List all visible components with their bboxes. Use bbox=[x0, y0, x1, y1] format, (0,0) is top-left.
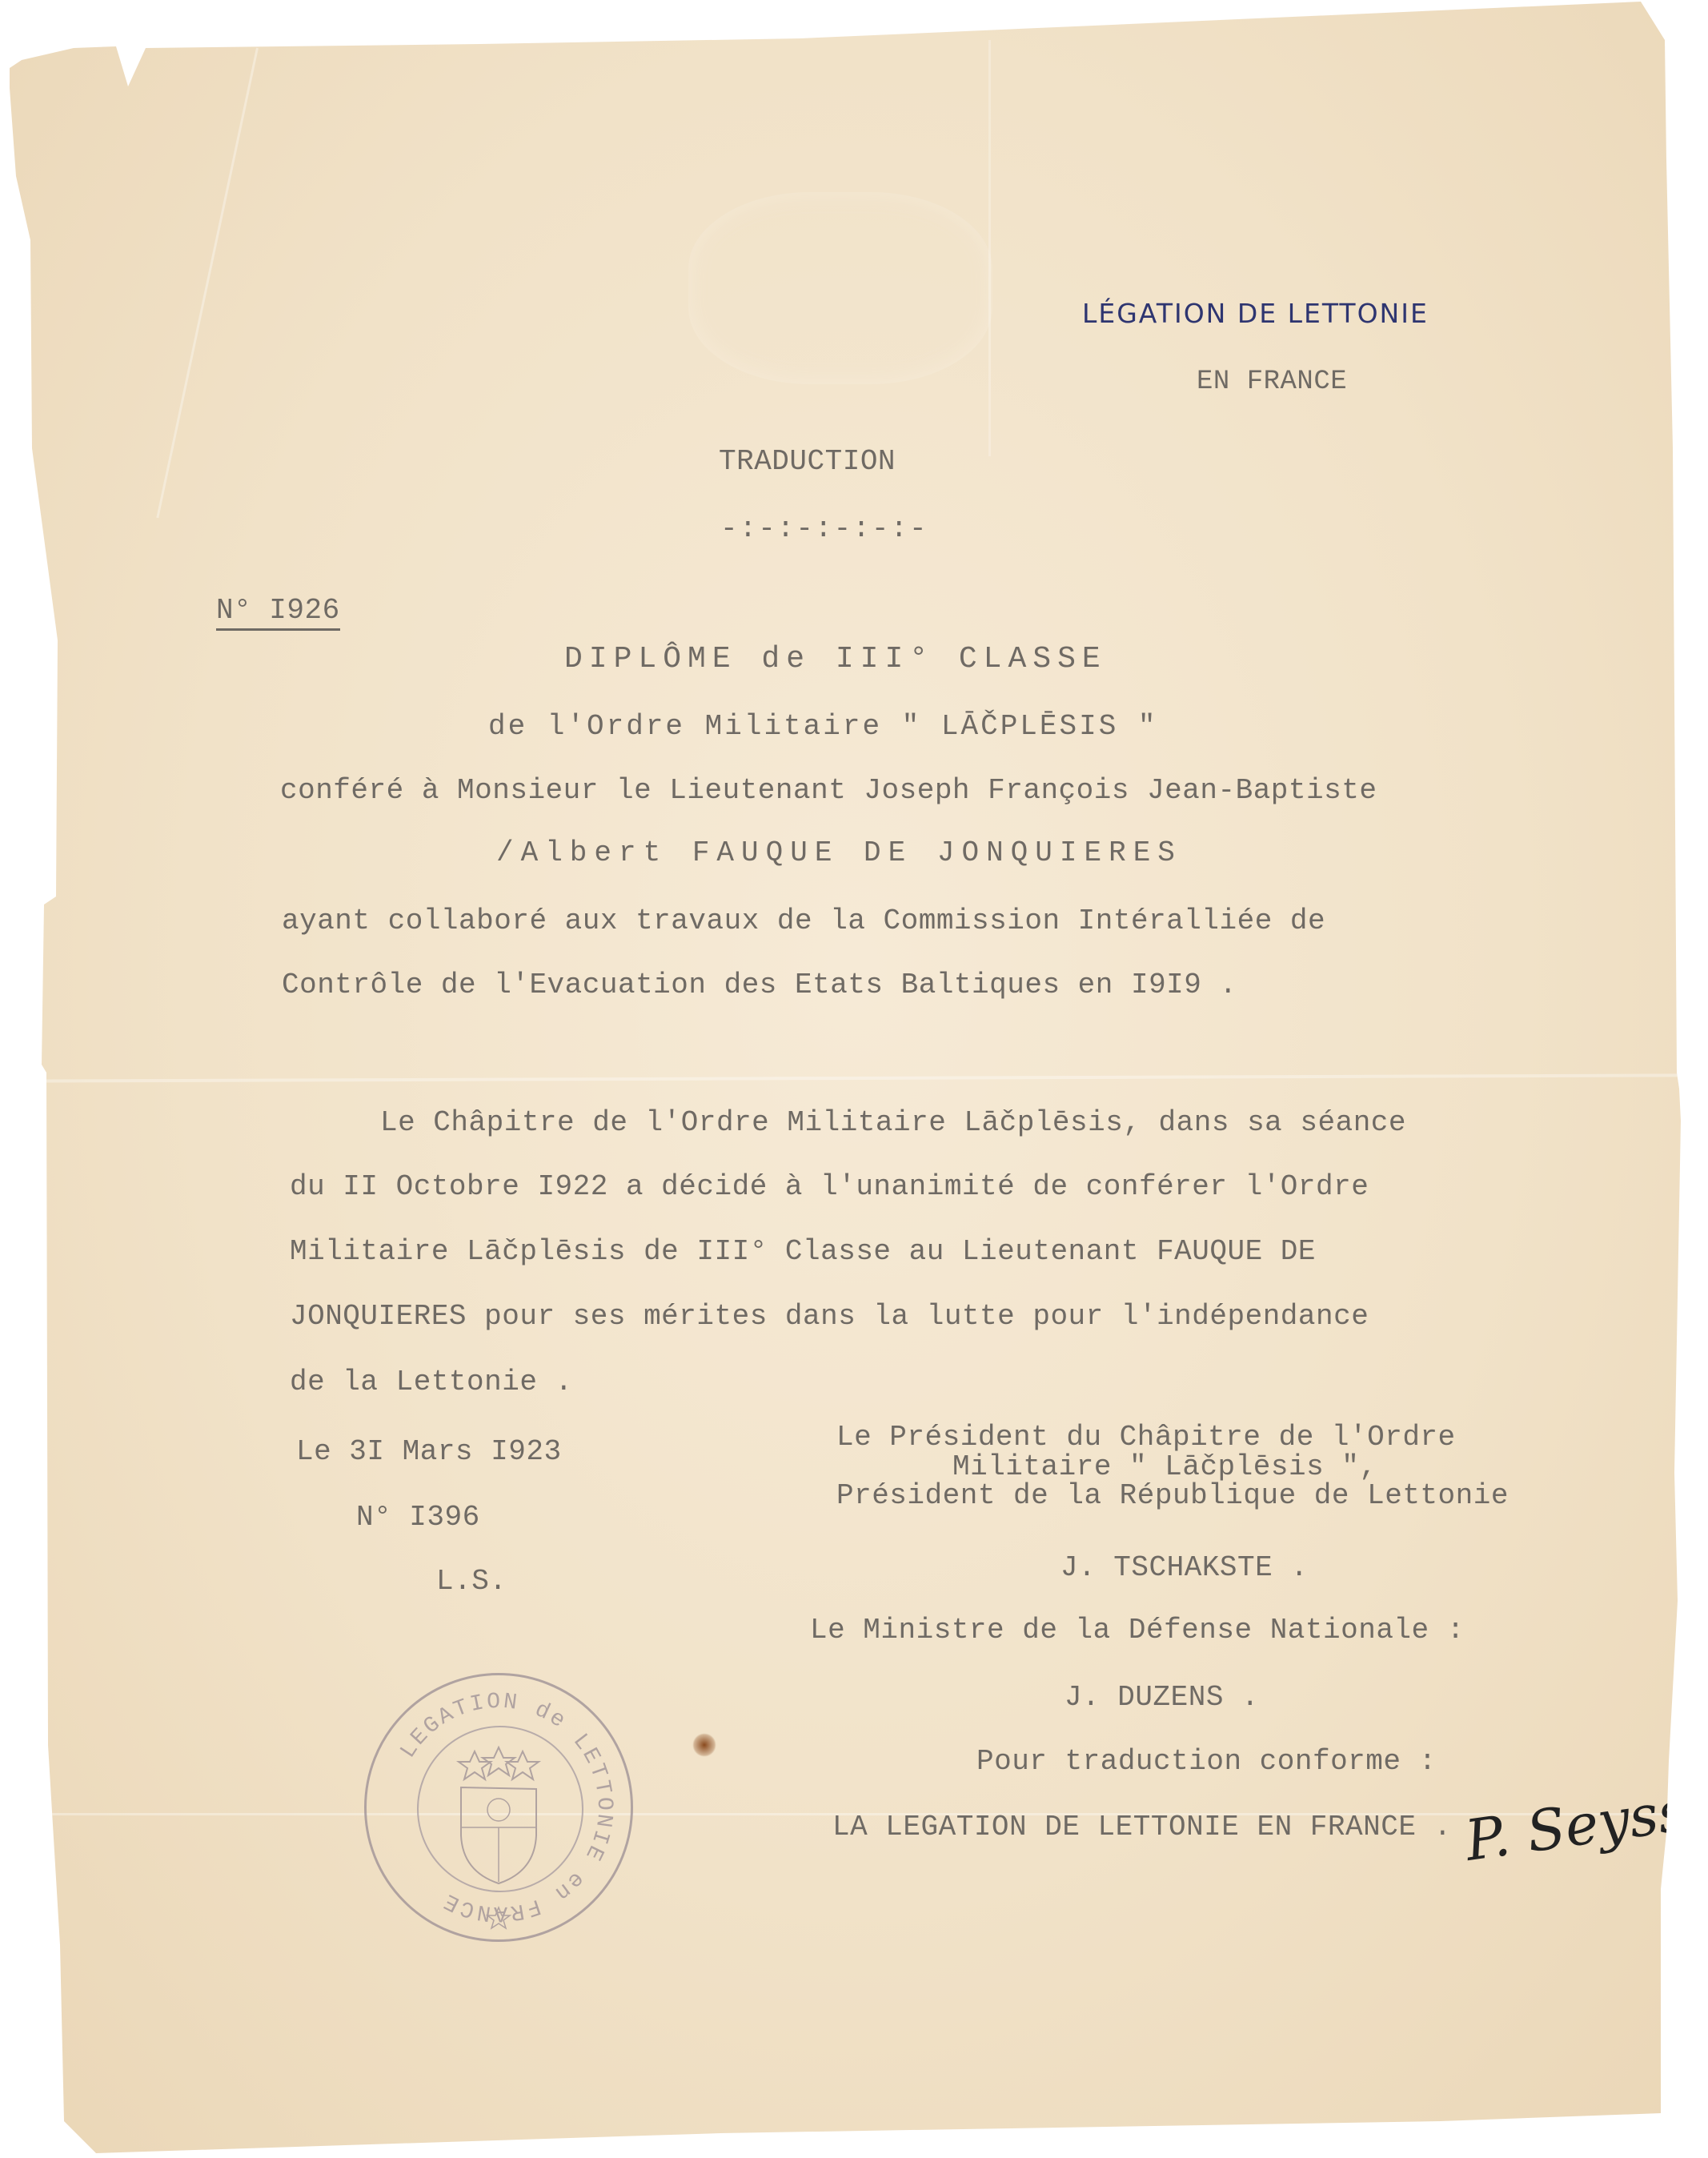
certification-line: Pour traduction conforme : bbox=[976, 1745, 1437, 1778]
minister-title: Le Ministre de la Défense Nationale : bbox=[810, 1614, 1465, 1647]
body-line: JONQUIERES pour ses mérites dans la lutt… bbox=[290, 1300, 1369, 1333]
legation-stamp: LEGATION de LETTONIE en FRANCE bbox=[364, 1673, 633, 1942]
document-title: TRADUCTION bbox=[719, 445, 896, 478]
handwritten-signature: P. Seyss bbox=[1461, 1778, 1691, 1874]
seal-mark: L.S. bbox=[436, 1565, 507, 1598]
order-name-line: de l'Ordre Militaire " LĀČPLĒSIS " bbox=[488, 710, 1158, 743]
body-line: Militaire Lāčplēsis de III° Classe au Li… bbox=[290, 1235, 1316, 1268]
letterhead-line2: EN FRANCE bbox=[1197, 367, 1347, 397]
embossed-coat-of-arms bbox=[688, 192, 992, 384]
recipient-line1: conféré à Monsieur le Lieutenant Joseph … bbox=[280, 774, 1377, 807]
reason-line2: Contrôle de l'Evacuation des Etats Balti… bbox=[282, 969, 1237, 1001]
reference-number: N° I926 bbox=[216, 594, 340, 627]
fold-crease bbox=[988, 40, 991, 456]
coat-of-arms-icon: LEGATION de LETTONIE en FRANCE bbox=[367, 1675, 631, 1939]
fold-crease bbox=[32, 1073, 1681, 1082]
president-name: J. TSCHAKSTE . bbox=[1060, 1551, 1308, 1584]
body-line: Le Châpitre de l'Ordre Militaire Lāčplēs… bbox=[380, 1106, 1406, 1139]
president-title-line1: Le Président du Châpitre de l'Ordre bbox=[836, 1423, 1456, 1452]
body-line: du II Octobre I922 a décidé à l'unanimit… bbox=[290, 1170, 1369, 1203]
document-paper: LÉGATION DE LETTONIE EN FRANCE TRADUCTIO… bbox=[0, 0, 1708, 2158]
issue-date: Le 3I Mars I923 bbox=[296, 1435, 562, 1468]
issue-number: N° I396 bbox=[356, 1501, 480, 1534]
fold-crease bbox=[156, 48, 259, 519]
reference-number-text: N° I926 bbox=[216, 594, 340, 631]
svg-text:LEGATION de LETTONIE en FRANCE: LEGATION de LETTONIE en FRANCE bbox=[396, 1690, 616, 1925]
title-separator: -:-:-:-:-:- bbox=[720, 512, 928, 545]
letterhead-line1: LÉGATION DE LETTONIE bbox=[1082, 298, 1429, 329]
legation-line: LA LEGATION DE LETTONIE EN FRANCE . bbox=[832, 1811, 1452, 1843]
president-title-line2: Militaire " Lāčplēsis ", bbox=[952, 1450, 1377, 1483]
recipient-line2: /Albert FAUQUE DE JONQUIERES bbox=[496, 836, 1182, 869]
reason-line1: ayant collaboré aux travaux de la Commis… bbox=[282, 905, 1325, 937]
president-title-line3: Président de la République de Lettonie bbox=[836, 1479, 1509, 1512]
body-line: de la Lettonie . bbox=[290, 1366, 573, 1398]
letterhead: LÉGATION DE LETTONIE bbox=[1082, 298, 1429, 329]
ink-stain bbox=[692, 1733, 716, 1757]
diploma-title: DIPLÔME de III° CLASSE bbox=[564, 642, 1107, 676]
minister-name: J. DUZENS . bbox=[1064, 1681, 1259, 1714]
